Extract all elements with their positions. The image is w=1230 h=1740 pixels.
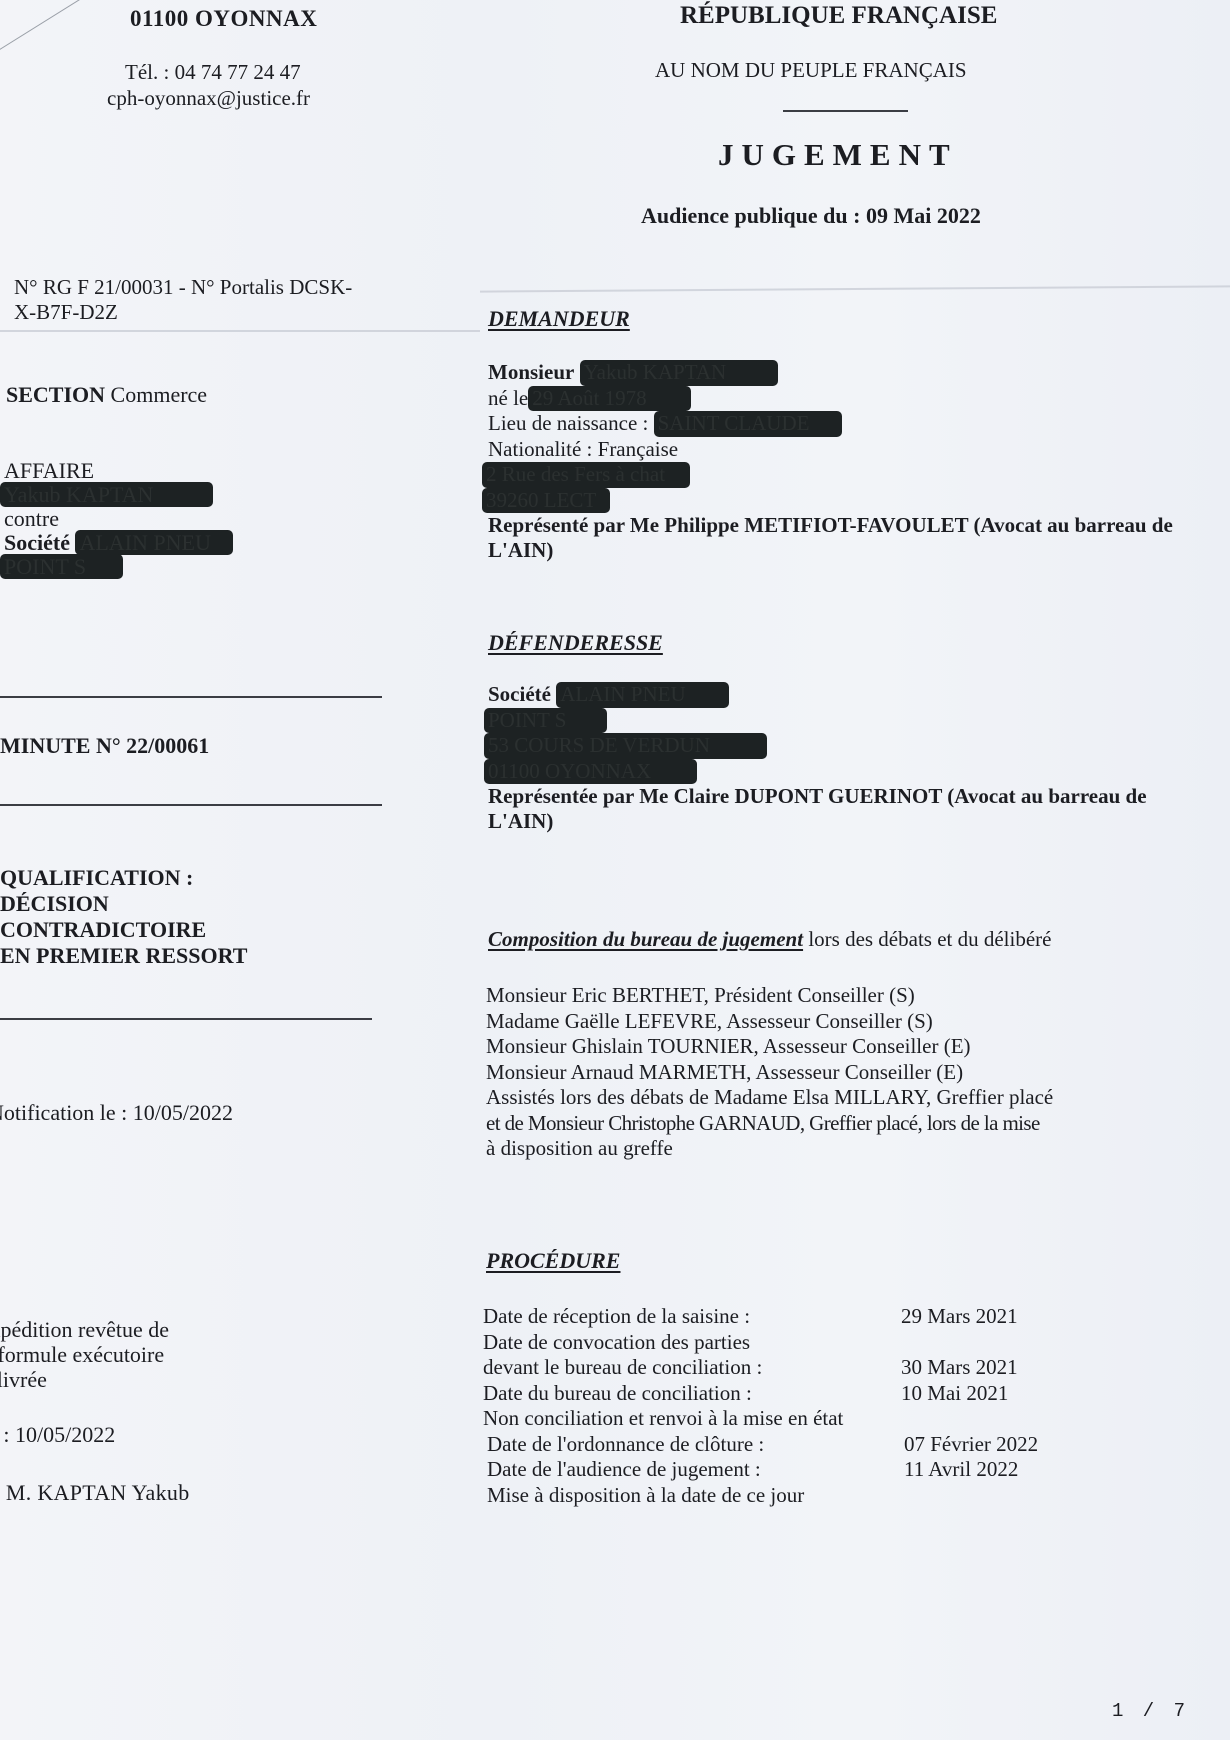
procedure-label: Mise à disposition à la date de ce jour xyxy=(487,1483,920,1509)
court-phone: Tél. : 04 74 77 24 47 xyxy=(125,60,301,85)
expedition-note: Expédition revêtue de la formule exécuto… xyxy=(0,1317,169,1392)
procedure-value: 11 Avril 2022 xyxy=(904,1457,1018,1483)
case-affaire: AFFAIRE Yakub KAPTAN contre Société ALAI… xyxy=(4,458,233,578)
republic-heading: RÉPUBLIQUE FRANÇAISE xyxy=(680,2,997,30)
redacted-defendant-name-2: POINT S xyxy=(0,554,123,579)
demandeur-title: Monsieur xyxy=(488,360,574,384)
document-title: JUGEMENT xyxy=(718,137,958,173)
scan-streak xyxy=(480,285,1230,292)
member: Monsieur Arnaud MARMETH, Assesseur Conse… xyxy=(486,1060,1206,1086)
member: Monsieur Eric BERTHET, Président Conseil… xyxy=(486,983,1206,1009)
qualification-line: DÉCISION xyxy=(0,891,247,917)
nationality: Nationalité : Française xyxy=(488,437,1198,463)
people-heading: AU NOM DU PEUPLE FRANÇAIS xyxy=(655,58,967,83)
procedure-value: 29 Mars 2021 xyxy=(901,1304,1018,1330)
case-rg-number: N° RG F 21/00031 - N° Portalis DCSK-X-B7… xyxy=(14,275,374,325)
case-section: SECTION Commerce xyxy=(6,382,207,408)
minute-number: MINUTE N° 22/00061 xyxy=(0,733,209,759)
redacted-company-address: 53 COURS DE VERDUN xyxy=(484,733,767,759)
defenderesse-heading: DÉFENDERESSE xyxy=(488,630,663,656)
procedure-label: Date de réception de la saisine : xyxy=(483,1304,920,1330)
court-email: cph-oyonnax@justice.fr xyxy=(107,86,310,111)
member: Madame Gaëlle LEFEVRE, Assesseur Conseil… xyxy=(486,1009,1206,1035)
procedure-row: Date de réception de la saisine :29 Mars… xyxy=(483,1304,1038,1330)
redacted-company-name: ALAIN PNEU xyxy=(556,682,729,708)
procedure-value: 10 Mai 2021 xyxy=(901,1381,1008,1407)
redacted-demandeur-name: Yakub KAPTAN xyxy=(580,360,778,386)
expedition-line: Expédition revêtue de xyxy=(0,1317,169,1342)
demandeur-heading: DEMANDEUR xyxy=(488,306,630,332)
procedure-row: Non conciliation et renvoi à la mise en … xyxy=(483,1406,1038,1432)
member: à disposition au greffe xyxy=(486,1136,1206,1162)
scan-streak xyxy=(0,330,480,332)
procedure-label: Date de convocation des parties xyxy=(483,1330,920,1356)
demandeur-counsel: Représenté par Me Philippe METIFIOT-FAVO… xyxy=(488,513,1198,563)
expedition-date: le : 10/05/2022 xyxy=(0,1422,115,1448)
divider xyxy=(0,696,382,698)
composition-suffix: lors des débats et du délibéré xyxy=(803,927,1051,951)
member: Monsieur Ghislain TOURNIER, Assesseur Co… xyxy=(486,1034,1206,1060)
hearing-date: Audience publique du : 09 Mai 2022 xyxy=(641,203,981,229)
divider xyxy=(0,804,382,806)
redacted-company-city: 01100 OYONNAX xyxy=(484,759,697,785)
notification-date: Notification le : 10/05/2022 xyxy=(0,1100,233,1126)
member: Assistés lors des débats de Madame Elsa … xyxy=(486,1085,1206,1111)
qualification: QUALIFICATION : DÉCISION CONTRADICTOIRE … xyxy=(0,865,247,969)
procedure-row: Mise à disposition à la date de ce jour xyxy=(483,1483,1038,1509)
court-address: 01100 OYONNAX xyxy=(130,6,317,32)
procedure-table: Date de réception de la saisine :29 Mars… xyxy=(483,1304,1038,1508)
affaire-contre: contre xyxy=(4,506,233,530)
member: et de Monsieur Christophe GARNAUD, Greff… xyxy=(486,1111,1206,1137)
procedure-label: Non conciliation et renvoi à la mise en … xyxy=(483,1406,920,1432)
procedure-label: Date de l'ordonnance de clôture : xyxy=(487,1432,920,1458)
procedure-row: Date du bureau de conciliation :10 Mai 2… xyxy=(483,1381,1038,1407)
redacted-postal-city: 39260 LECT xyxy=(482,488,610,514)
defenderesse-counsel: Représentée par Me Claire DUPONT GUERINO… xyxy=(488,784,1198,834)
born-label: né le xyxy=(488,386,528,410)
scan-fold-line xyxy=(0,0,118,56)
composition-heading-line: Composition du bureau de jugement lors d… xyxy=(488,927,1051,952)
procedure-value: 07 Février 2022 xyxy=(904,1432,1038,1458)
composition-heading: Composition du bureau de jugement xyxy=(488,927,803,951)
procedure-label: Date du bureau de conciliation : xyxy=(483,1381,920,1407)
redacted-defendant-name: ALAIN PNEU xyxy=(75,530,233,555)
procedure-row: Date de l'audience de jugement :11 Avril… xyxy=(483,1457,1038,1483)
procedure-label: devant le bureau de conciliation : xyxy=(483,1355,920,1381)
expedition-line: délivrée xyxy=(0,1367,169,1392)
birthplace-label: Lieu de naissance : xyxy=(488,411,648,435)
affaire-label: AFFAIRE xyxy=(4,458,233,482)
defenderesse-prefix: Société xyxy=(488,682,551,706)
procedure-heading: PROCÉDURE xyxy=(486,1248,620,1274)
expedition-line: la formule exécutoire xyxy=(0,1342,169,1367)
page-number: 1 / 7 xyxy=(1112,1700,1189,1722)
redacted-address: 2 Rue des Fers à chat xyxy=(482,462,690,488)
redacted-plaintiff: Yakub KAPTAN xyxy=(0,482,213,507)
section-value: Commerce xyxy=(111,382,208,407)
qualification-line: EN PREMIER RESSORT xyxy=(0,943,247,969)
defendant-prefix: Société xyxy=(4,530,70,555)
procedure-row: Date de l'ordonnance de clôture :07 Févr… xyxy=(483,1432,1038,1458)
divider xyxy=(0,1018,372,1020)
header-divider xyxy=(783,110,908,112)
expedition-recipient: à M. KAPTAN Yakub xyxy=(0,1480,190,1506)
procedure-row: devant le bureau de conciliation :30 Mar… xyxy=(483,1355,1038,1381)
section-label: SECTION xyxy=(6,382,105,407)
redacted-company-name-2: POINT S xyxy=(484,708,607,734)
procedure-row: Date de convocation des parties xyxy=(483,1330,1038,1356)
redacted-birth-date: 29 Août 1978 xyxy=(528,386,691,412)
qualification-label: QUALIFICATION : xyxy=(0,865,247,891)
composition-members: Monsieur Eric BERTHET, Président Conseil… xyxy=(486,983,1206,1162)
redacted-birthplace: SAINT CLAUDE xyxy=(654,411,842,437)
demandeur-details: Monsieur Yakub KAPTAN né le29 Août 1978 … xyxy=(488,360,1198,563)
defenderesse-details: Société ALAIN PNEU POINT S 53 COURS DE V… xyxy=(488,682,1198,834)
qualification-line: CONTRADICTOIRE xyxy=(0,917,247,943)
procedure-label: Date de l'audience de jugement : xyxy=(487,1457,920,1483)
procedure-value: 30 Mars 2021 xyxy=(901,1355,1018,1381)
